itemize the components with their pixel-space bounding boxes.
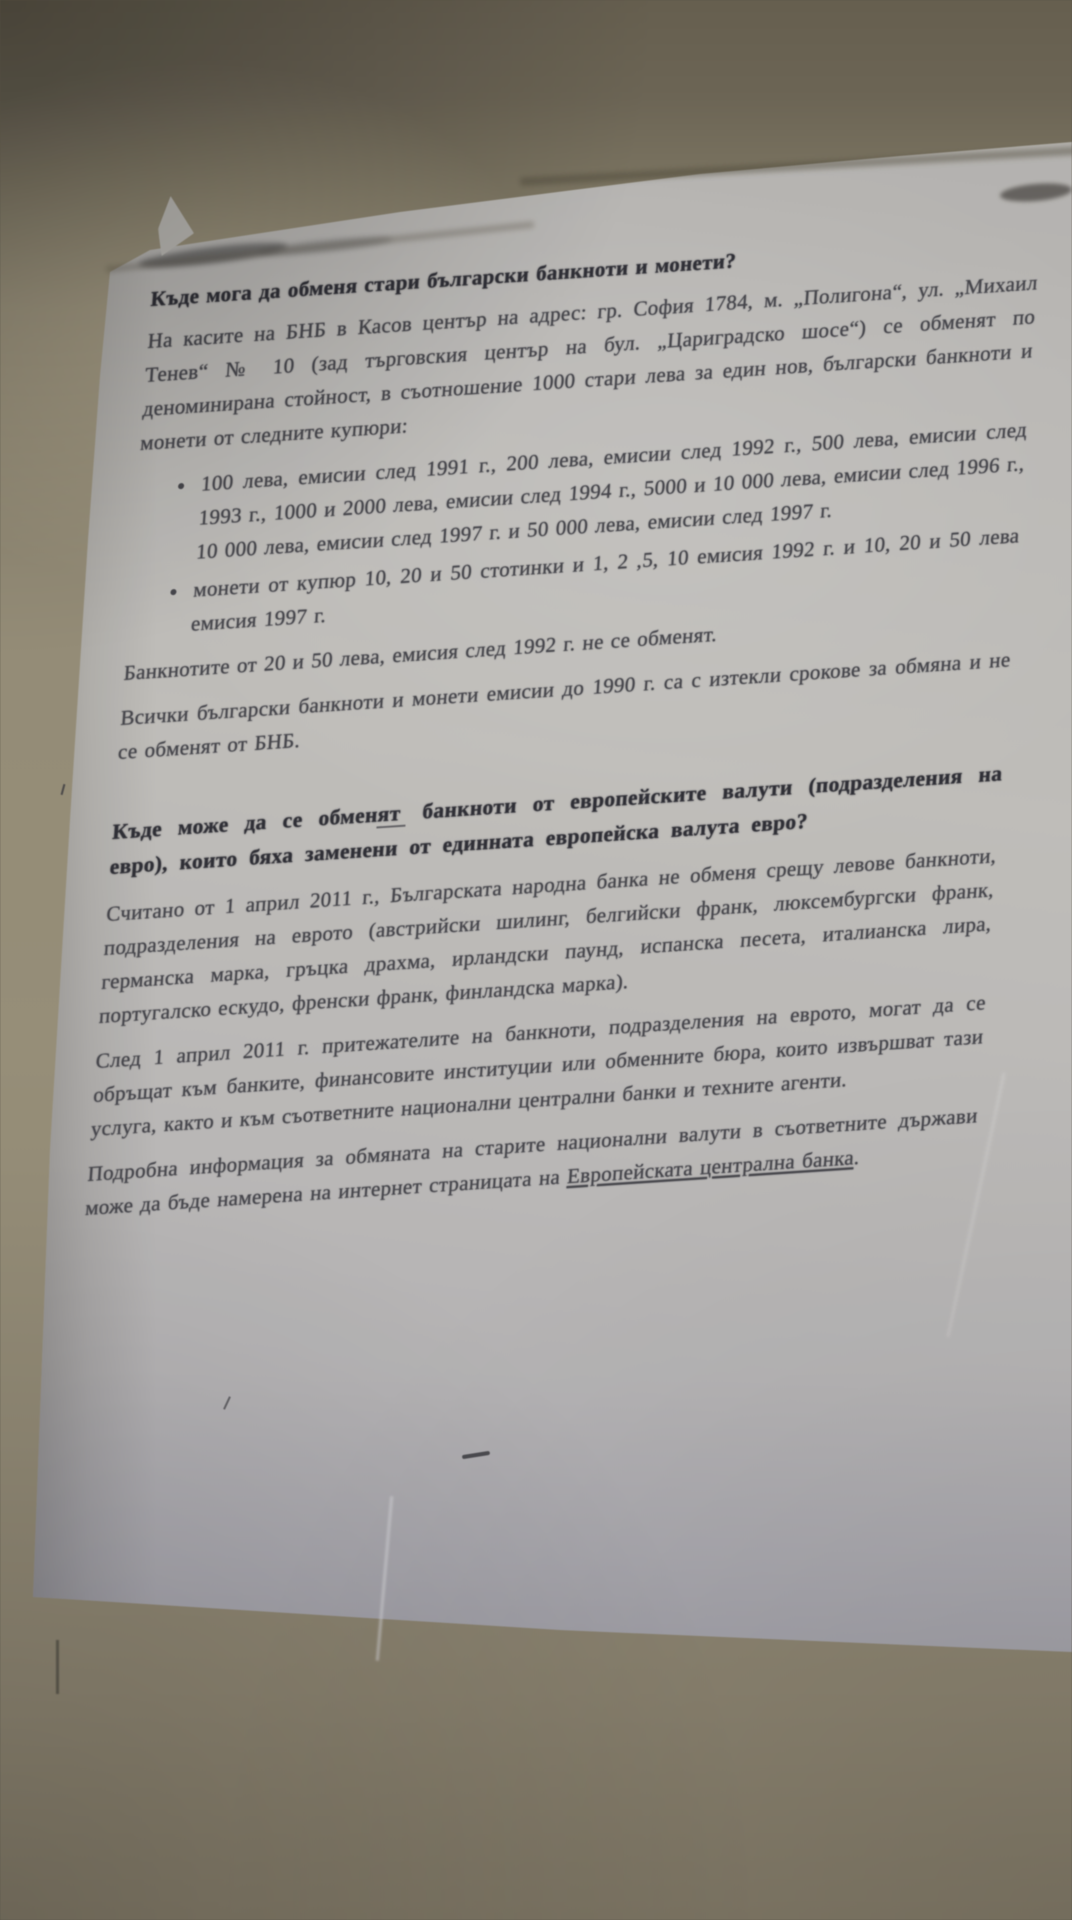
photo-scene: Къде мога да обменя стари български банк… <box>0 0 1072 1920</box>
heading-euro-underlined-part: ят <box>377 801 408 829</box>
smudge-mark <box>999 181 1072 204</box>
document-text: Къде мога да обменя стари български банк… <box>83 223 1042 1236</box>
heading-euro-text-start: Къде може да се обмен <box>112 802 379 844</box>
ecb-link-text: Европейската централна банка <box>566 1145 855 1188</box>
more-info-period: . <box>853 1145 860 1169</box>
wall-scratch <box>56 1640 59 1694</box>
